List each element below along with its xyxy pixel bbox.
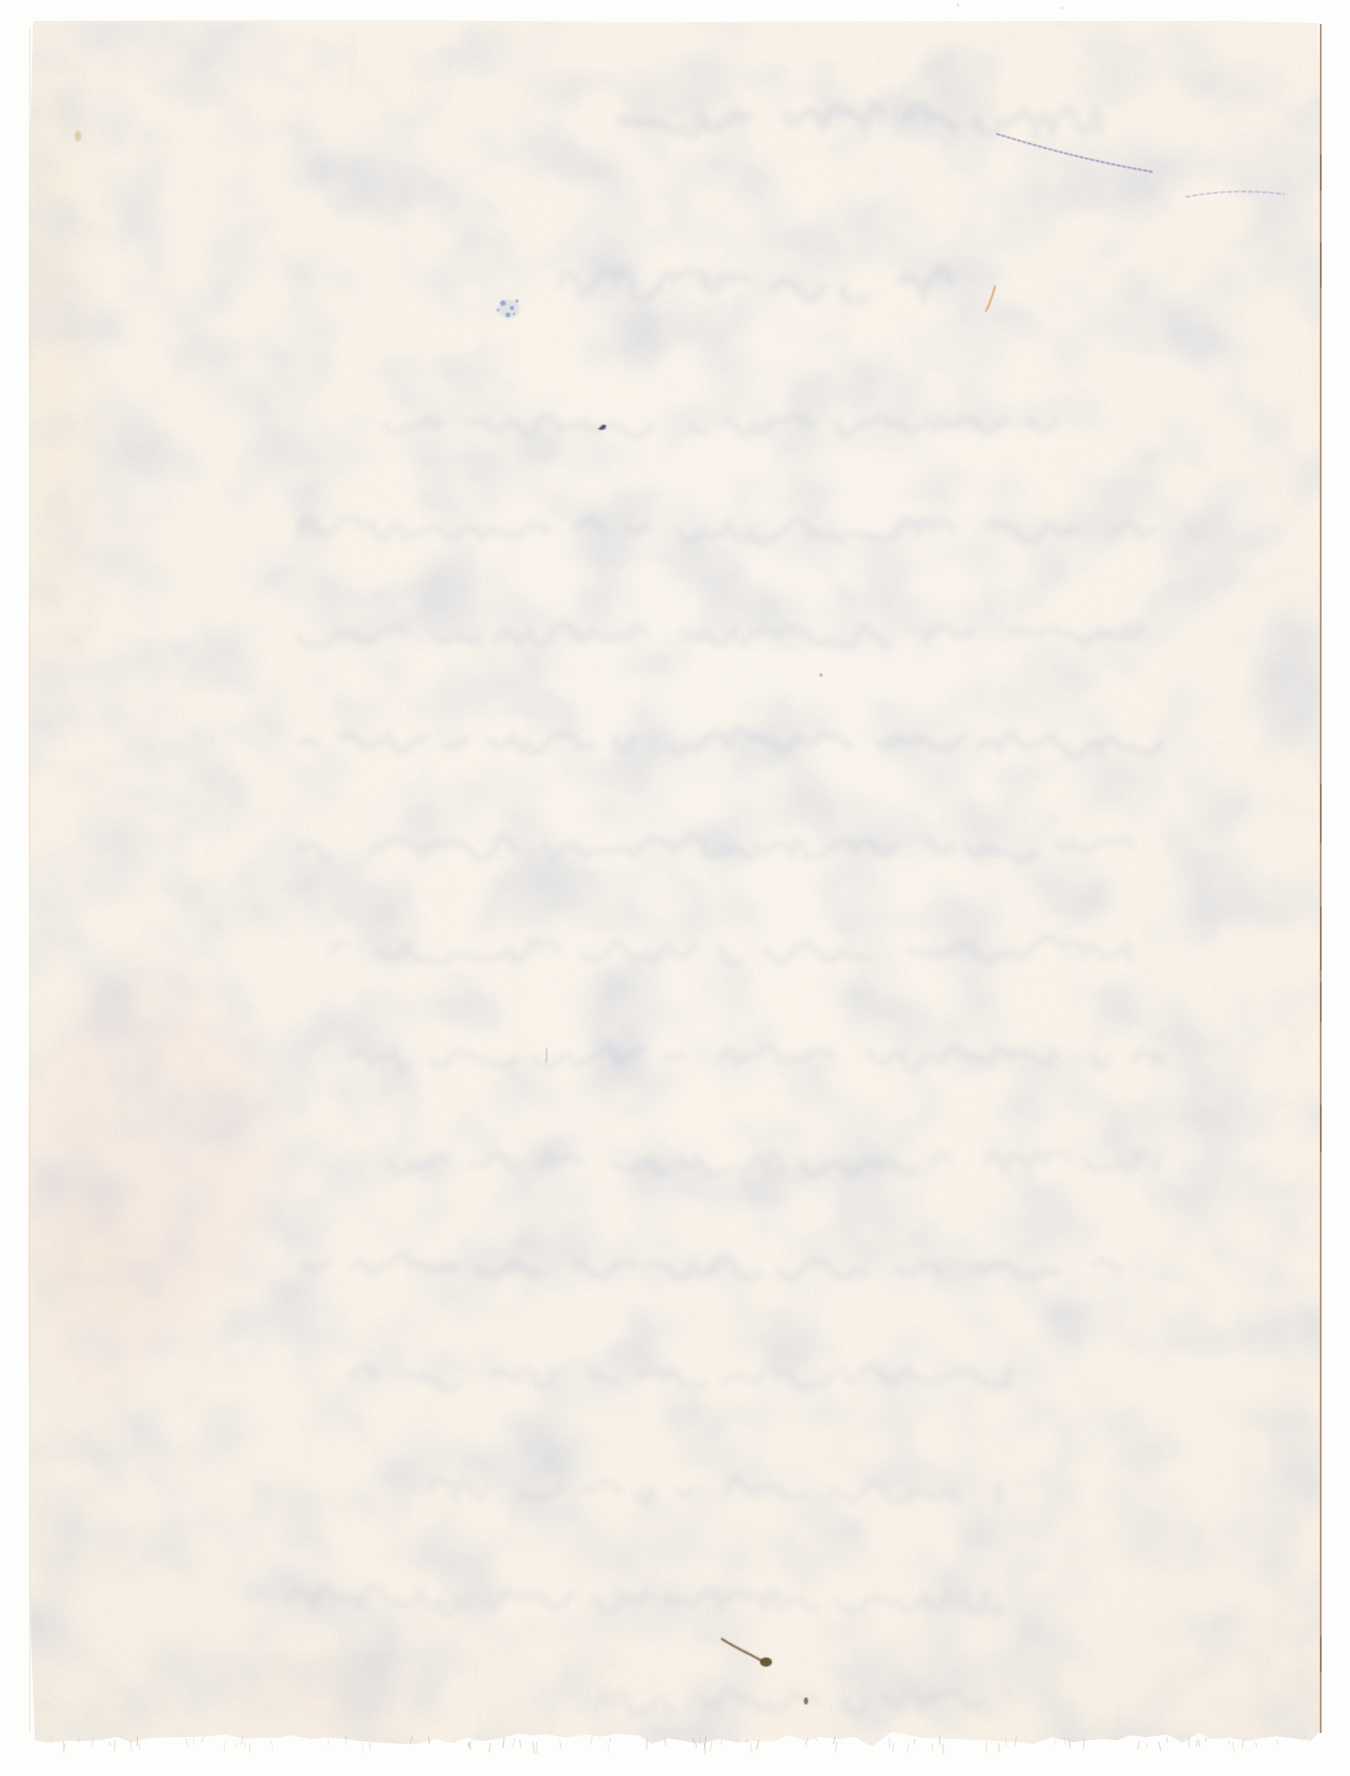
blue-ink-smudge: [173, 643, 187, 654]
deckle-fiber: [1167, 1737, 1168, 1742]
deckle-fiber: [137, 1735, 138, 1746]
deckle-fiber: [1256, 1743, 1257, 1747]
deckle-fiber: [503, 1737, 504, 1748]
dust-speck: [1061, 7, 1064, 10]
tan-paper-speck: [75, 131, 82, 141]
deckle-fiber: [999, 1743, 1000, 1752]
tiny-speck: [819, 673, 822, 676]
deckle-fiber: [1070, 1738, 1071, 1748]
deckle-fiber: [110, 1742, 111, 1746]
brown-fleck: [804, 1697, 808, 1704]
ink-dot: [497, 309, 500, 312]
ink-dot: [500, 300, 506, 306]
scanned-letter-verso: [0, 0, 1350, 1776]
blue-ink-dash: [546, 1049, 547, 1062]
dust-speck: [957, 4, 960, 7]
ink-dot: [516, 300, 519, 303]
ink-dot: [510, 306, 514, 310]
deckle-fiber: [345, 1736, 346, 1739]
brown-smudge-blob: [760, 1657, 772, 1666]
scan-background: [0, 0, 1350, 1776]
ink-dot: [513, 313, 515, 315]
ink-dot: [506, 313, 511, 318]
